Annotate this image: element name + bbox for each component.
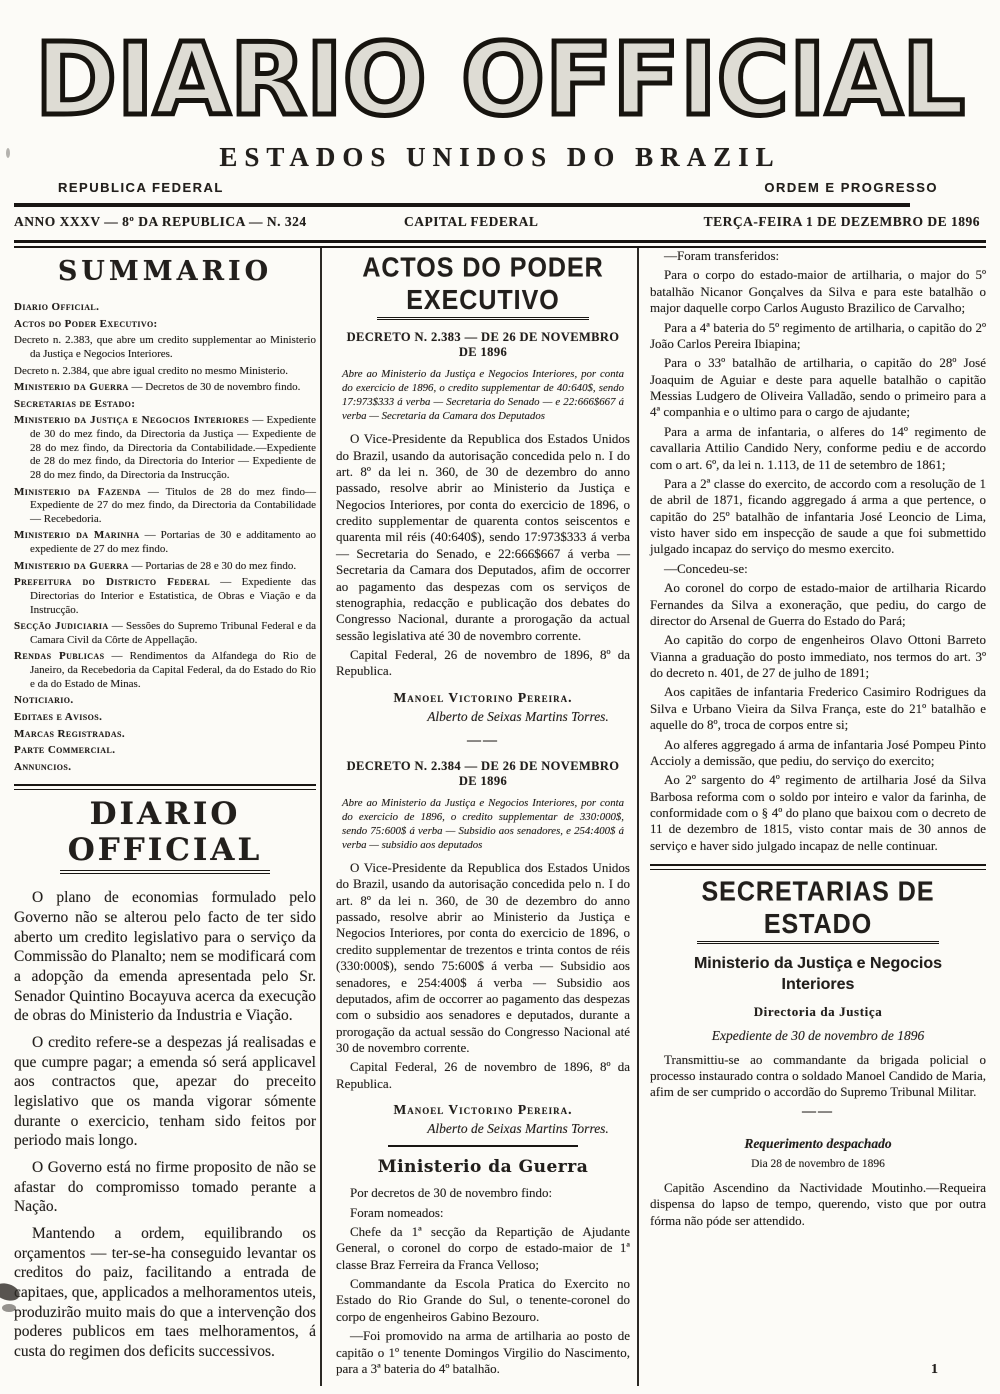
war-ministry-paragraph: Commandante da Escola Pratica do Exercit… [336,1276,630,1325]
editorial-paragraph: O plano de economias formulado pelo Gove… [14,888,316,1026]
ministry-heading: Ministerio da Justiça e Negocios Interio… [668,954,968,996]
executive-title: ACTOS DO PODER EXECUTIVO [336,252,630,317]
war-ministry-paragraph: Foram nomeados: [336,1205,630,1221]
summary-item: Ministerio da Marinha — Portarias de 30 … [14,529,316,556]
transfers-paragraph: Ao alferes aggregado á arma de infantari… [650,737,986,770]
decree-summary: Abre ao Ministerio da Justiça e Negocios… [336,796,630,852]
transfers-paragraph: Para a arma de infantaria, o alferes do … [650,424,986,473]
war-ministry-title: Ministerio da Guerra [336,1157,630,1177]
middle-column: ACTOS DO PODER EXECUTIVO DECRETO N. 2.38… [336,250,630,1380]
transfers-paragraph: Ao 2º sargento do 4º regimento de artilh… [650,772,986,854]
war-ministry-paragraph: —Foi promovido na arma de artilharia ao … [336,1328,630,1377]
summary-item: Secretarias de Estado: [14,398,316,412]
ink-smudge [2,1304,16,1312]
decree-countersignature: Alberto de Seixas Martins Torres. [336,709,630,725]
horizontal-rule [14,203,910,207]
decree-paragraph: O Vice-Presidente da Republica dos Estad… [336,860,630,1057]
transfers-paragraph: Para a 2ª classe do exercito, de accordo… [650,476,986,558]
requerimento-title: Requerimento despachado [650,1136,986,1152]
summary-item: Decreto n. 2.384, que abre igual credito… [14,365,316,379]
summary-item-lead: Marcas Registradas. [14,728,125,740]
summary-item: Decreto n. 2.383, que abre um credito su… [14,334,316,361]
editorial-paragraph: O Governo está no firme proposito de não… [14,1158,316,1217]
decree-paragraph: Capital Federal, 26 de novembro de 1896,… [336,1059,630,1092]
decree-2384: DECRETO N. 2.384 — DE 26 DE NOVEMBRO DE … [336,759,630,1137]
masthead-title: DIARIO OFFICIAL [35,22,965,134]
transfers-section: —Foram transferidos: Para o corpo do est… [650,248,986,854]
secretarias-title: SECRETARIAS DE ESTADO [650,876,986,941]
dateline-date: TERÇA-FEIRA 1 DE DEZEMBRO DE 1896 [704,214,980,230]
summary-item-text: Decreto n. 2.383, que abre um credito su… [14,334,316,360]
summary-item-lead: Prefeitura do Districto Federal [14,576,210,588]
summary-item-lead: Noticiario. [14,694,74,706]
decree-2383: DECRETO N. 2.383 — DE 26 DE NOVEMBRO DE … [336,330,630,725]
requerimento-date: Dia 28 de novembro de 1896 [650,1158,986,1170]
editorial-paragraph: O credito refere-se a despezas já realis… [14,1033,316,1151]
summary-item-lead: Ministerio da Marinha [14,529,140,541]
section-rule [388,1145,578,1147]
summary-title: SUMMARIO [14,256,316,287]
war-ministry-paragraph: Chefe da 1ª secção da Repartição de Ajud… [336,1224,630,1273]
directorate-heading: Directoria da Justiça [650,1004,986,1020]
summary-item-lead: Secção Judiciaria [14,620,109,632]
decree-summary: Abre ao Ministerio da Justiça e Negocios… [336,367,630,423]
summary-item: Parte Commercial. [14,744,316,758]
section-rule [650,864,986,870]
editorial-title: DIARIO OFFICIAL [14,796,316,868]
summary-item-lead: Ministerio da Guerra [14,560,129,572]
decree-signature: Manoel Victorino Pereira. [336,1102,630,1118]
newspaper-page: DIARIO OFFICIAL ESTADOS UNIDOS DO BRAZIL… [0,0,1000,1394]
decree-paragraph: O Vice-Presidente da Republica dos Estad… [336,431,630,644]
summary-item-text: Decreto n. 2.384, que abre igual credito… [14,365,288,377]
secretarias-title-rule [697,941,939,944]
decree-countersignature: Alberto de Seixas Martins Torres. [336,1121,630,1137]
masthead: DIARIO OFFICIAL [20,22,980,134]
motto-republica: REPUBLICA FEDERAL [58,180,224,195]
summary-item: Actos do Poder Executivo: [14,318,316,332]
summary-item: Ministerio da Guerra — Portarias de 28 e… [14,560,316,574]
summary-item-lead: Parte Commercial. [14,744,115,756]
page-number: 1 [931,1362,938,1378]
dash-separator: —— [336,733,630,749]
summary-item: Diario Official. [14,301,316,315]
masthead-title-art: DIARIO OFFICIAL [20,22,980,134]
transfers-paragraph: Ao coronel do corpo de estado-maior de a… [650,580,986,629]
dateline-anno: ANNO XXXV — 8º DA REPUBLICA — N. 324 [14,214,307,230]
summary-item: Ministerio da Guerra — Decretos de 30 de… [14,381,316,395]
horizontal-rule [14,240,986,248]
decree-heading: DECRETO N. 2.384 — DE 26 DE NOVEMBRO DE … [336,759,630,789]
section-rule [14,784,316,790]
summary-section: SUMMARIO Diario Official. Actos do Poder… [14,256,316,774]
editorial-section: DIARIO OFFICIAL O plano de economias for… [14,796,316,1361]
war-ministry-section: Ministerio da Guerra Por decretos de 30 … [336,1157,630,1377]
transfers-paragraph: Para a 4ª bateria do 5º regimento de art… [650,320,986,353]
transfers-paragraph: Aos capitães de infantaria Frederico Cas… [650,684,986,733]
summary-item-lead: Actos do Poder Executivo: [14,318,158,330]
transfers-paragraph: —Foram transferidos: [650,248,986,264]
column-divider [320,248,322,1386]
secretarias-paragraph: Transmittiu-se ao commandante da brigada… [650,1052,986,1101]
summary-item: Noticiario. [14,694,316,708]
transfers-paragraph: Para o corpo do estado-maior de artilhar… [650,267,986,316]
summary-item-text: — Portarias de 28 e 30 do mez findo. [129,560,296,572]
summary-item-lead: Annuncios. [14,761,71,773]
expediente-heading: Expediente de 30 de novembro de 1896 [650,1028,986,1044]
column-divider [637,248,639,1386]
executive-title-rule [377,317,589,320]
summary-item-lead: Ministerio da Justiça e Negocios Interio… [14,414,249,426]
left-column: SUMMARIO Diario Official. Actos do Poder… [14,252,316,1369]
motto-ordem: ORDEM E PROGRESSO [764,180,938,195]
editorial-paragraph: Mantendo a ordem, equilibrando os orçame… [14,1224,316,1362]
summary-item: Ministerio da Justiça e Negocios Interio… [14,414,316,482]
summary-item: Rendas Publicas — Rendimentos da Alfande… [14,650,316,691]
requerimento-paragraph: Capitão Ascendino da Nactividade Moutinh… [650,1180,986,1229]
editorial-underline [60,870,270,874]
ink-smudge [6,148,10,158]
summary-item: Editaes e Avisos. [14,711,316,725]
summary-item-lead: Ministerio da Fazenda [14,486,141,498]
dateline-capital: CAPITAL FEDERAL [404,214,538,230]
summary-item: Secção Judiciaria — Sessões do Supremo T… [14,620,316,647]
decree-paragraph: Capital Federal, 26 de novembro de 1896,… [336,647,630,680]
transfers-paragraph: —Concedeu-se: [650,561,986,577]
war-ministry-paragraph: Por decretos de 30 de novembro findo: [336,1185,630,1201]
summary-item: Annuncios. [14,761,316,775]
transfers-paragraph: Para o 33º batalhão de artilharia, o cap… [650,355,986,421]
decree-heading: DECRETO N. 2.383 — DE 26 DE NOVEMBRO DE … [336,330,630,360]
decree-signature: Manoel Victorino Pereira. [336,690,630,706]
secretarias-section: SECRETARIAS DE ESTADO Ministerio da Just… [650,876,986,1229]
summary-item: Marcas Registradas. [14,728,316,742]
summary-item-lead: Diario Official. [14,301,99,313]
summary-item-lead: Secretarias de Estado: [14,398,135,410]
transfers-paragraph: Ao capitão do corpo de engenheiros Olavo… [650,632,986,681]
summary-item-lead: Ministerio da Guerra [14,381,129,393]
dateline: ANNO XXXV — 8º DA REPUBLICA — N. 324 CAP… [14,214,986,236]
summary-item-lead: Editaes e Avisos. [14,711,102,723]
dash-separator: —— [650,1104,986,1120]
right-column: —Foram transferidos: Para o corpo do est… [650,248,986,1232]
summary-item: Prefeitura do Districto Federal — Expedi… [14,576,316,617]
masthead-subtitle: ESTADOS UNIDOS DO BRAZIL [0,142,1000,173]
summary-item-text: — Decretos de 30 de novembro findo. [129,381,301,393]
summary-item-lead: Rendas Publicas [14,650,104,662]
summary-item: Ministerio da Fazenda — Titulos de 28 do… [14,486,316,527]
